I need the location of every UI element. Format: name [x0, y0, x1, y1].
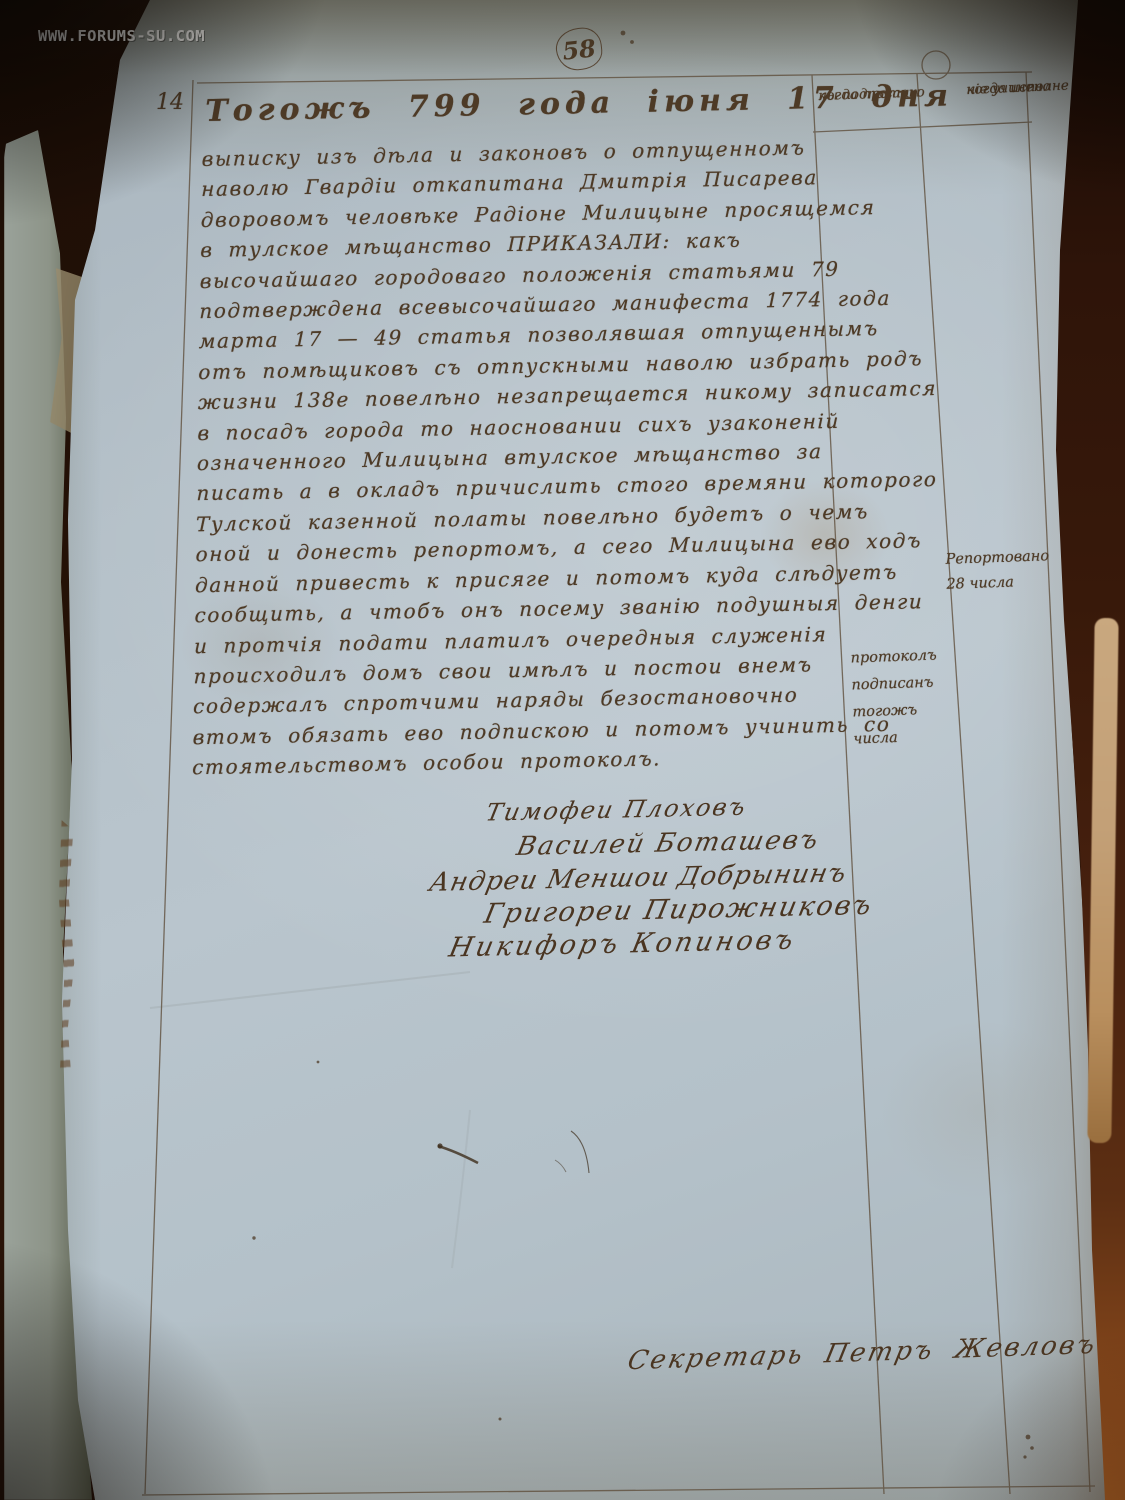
signature: Василей Боташевъ	[514, 824, 874, 862]
margin-note-line: протоколъ	[850, 643, 937, 673]
column-header-line: ніе учинено	[966, 76, 1051, 100]
margin-note-line: 28 числа	[946, 569, 1050, 598]
margin-note-protocol-signed: протоколъ подписанъ тогожъ числа	[850, 643, 940, 754]
entry-number: 14	[156, 90, 184, 115]
margin-note-reported: Репортовано 28 числа	[945, 544, 1050, 598]
folio-number: 58	[561, 33, 597, 65]
margin-note-line: подписанъ	[851, 670, 938, 700]
margin-note-line: Репортовано	[945, 544, 1049, 573]
record-body-text: выписку изъ дѣла и законовъ о отпущенном…	[192, 130, 943, 783]
signatures-block: Тимофеи Плоховъ Василей Боташевъ Андреи …	[424, 790, 874, 964]
margin-note-line: тогожъ	[852, 696, 939, 726]
forum-watermark: WWW.FORUMS-SU.COM	[38, 27, 205, 45]
margin-note-line: числа	[853, 723, 940, 753]
archival-document-photo: WWW.FORUMS-SU.COM 58 14 когда протоко лы…	[0, 0, 1125, 1500]
